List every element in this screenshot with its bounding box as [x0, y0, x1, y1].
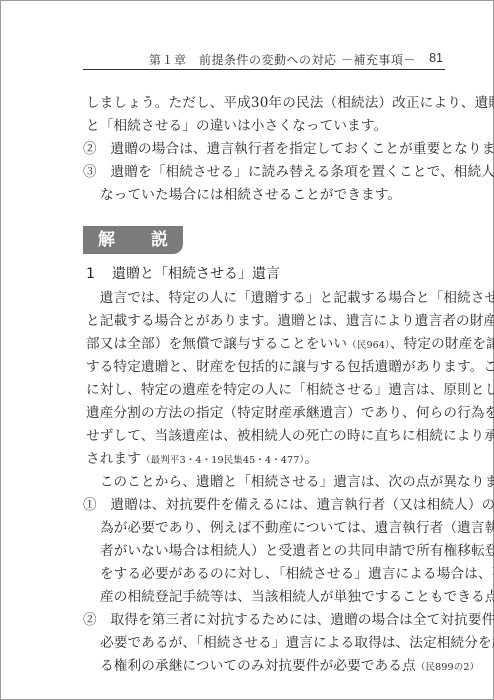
point-2-line: 必要であるが、「相続させる」遺言による取得は、法定相続分を超え [100, 633, 494, 653]
point-1-line: 産の相続登記手続等は、当該相続人が単独ですることもできる点 [100, 587, 494, 607]
body-line: このことから、遺贈と「相続させる」遺言は、次の点が異なります。 [86, 472, 494, 492]
point-1: ① 遺贈は、対抗要件を備えるには、遺言執行者（又は相続人）の行 [83, 495, 494, 515]
page-number: 81 [429, 51, 443, 65]
body-line: 遺言では、特定の人に「遺贈する」と記載する場合と「相続させる」 [86, 288, 494, 308]
commentary-heading-badge: 解 説 [83, 226, 183, 254]
intro-line: と「相続させる」の違いは小さくなっています。 [86, 116, 387, 136]
intro-point-2: ② 遺贈の場合は、遺言執行者を指定しておくことが重要となります。 [83, 139, 494, 159]
citation: （民964） [347, 340, 390, 351]
section-title: 遺贈と「相続させる」遺言 [112, 266, 280, 282]
point-2-line: る権利の承継についてのみ対抗要件が必要である点（民899の2） [100, 656, 479, 678]
point-2: ② 取得を第三者に対抗するためには、遺贈の場合は全て対抗要件が [83, 610, 494, 630]
citation: （民899の2） [416, 662, 479, 673]
book-page: 第１章 前提条件の変動への対応 －補充事項－ 81 しましょう。ただし、平成30… [0, 0, 494, 700]
body-line: に対し、特定の遺産を特定の人に「相続させる」遺言は、原則として、 [86, 380, 494, 400]
badge-char: 説 [151, 226, 168, 254]
badge-char: 解 [98, 226, 115, 254]
intro-line: なっていた場合には相続させることができます。 [100, 185, 401, 205]
point-1-line: をする必要があるのに対し、「相続させる」遺言による場合は、不動 [100, 564, 494, 584]
body-line: 部又は全部）を無償で譲与することをいい（民964）、特定の財産を譲与 [86, 334, 494, 356]
intro-point-3: ③ 遺贈を「相続させる」に読み替える条項を置くことで、相続人と [83, 162, 494, 182]
section-heading: 1遺贈と「相続させる」遺言 [86, 264, 280, 284]
chapter-title: 第１章 前提条件の変動への対応 －補充事項－ [149, 51, 416, 68]
body-line: せずして、当該遺産は、被相続人の死亡の時に直ちに相続により承継 [86, 426, 494, 446]
running-header: 第１章 前提条件の変動への対応 －補充事項－ 81 [83, 47, 445, 70]
point-1-line: 者がいない場合は相続人）と受遺者との共同申請で所有権移転登記 [100, 541, 494, 561]
body-line: 遺産分割の方法の指定（特定財産承継遺言）であり、何らの行為を要 [86, 403, 494, 423]
point-marker: ② [83, 612, 97, 628]
citation: （最判平3・4・19民集45・4・477） [141, 455, 304, 466]
body-line: されます（最判平3・4・19民集45・4・477）。 [86, 449, 318, 471]
intro-line: しましょう。ただし、平成30年の民法（相続法）改正により、遺贈 [86, 93, 494, 113]
body-line: と記載する場合とがあります。遺贈とは、遺言により遺言者の財産（一 [86, 311, 494, 331]
point-marker: ① [83, 497, 97, 513]
point-1-line: 為が必要であり、例えば不動産については、遺言執行者（遺言執行 [100, 518, 494, 538]
section-number: 1 [86, 264, 112, 284]
body-line: する特定遺贈と、財産を包括的に譲与する包括遺贈があります。これ [86, 357, 494, 377]
